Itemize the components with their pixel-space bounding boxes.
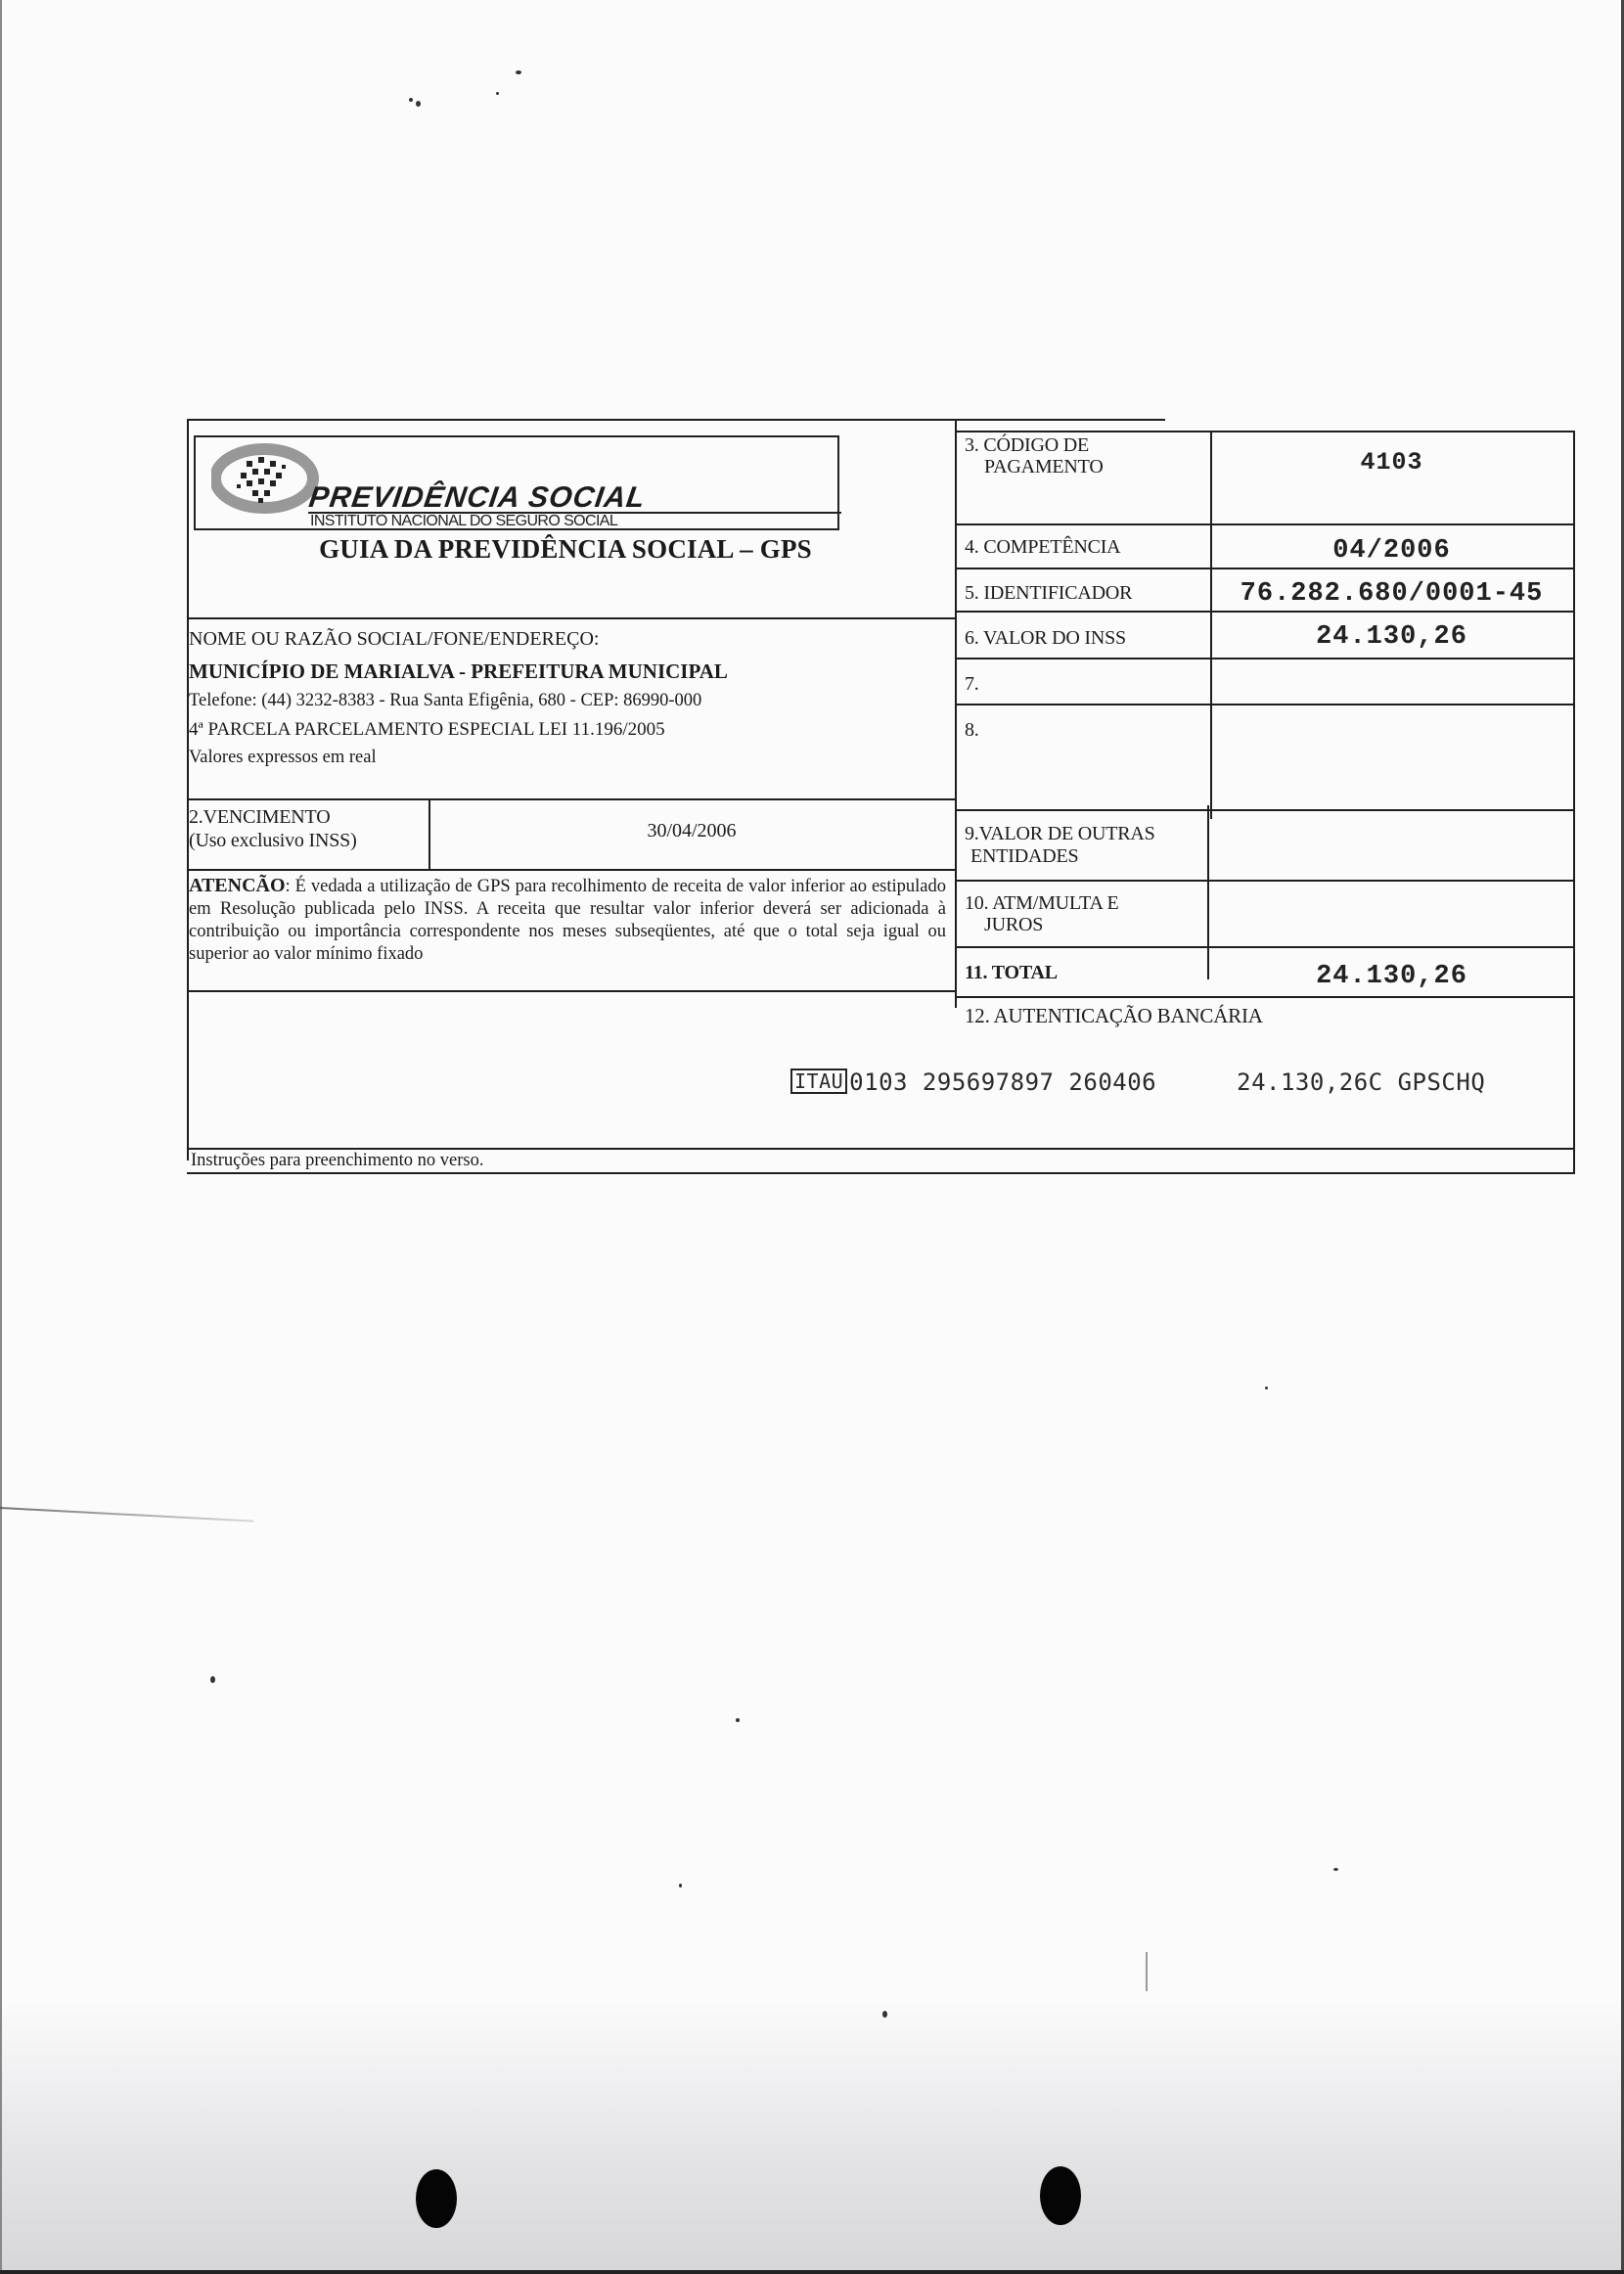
border-left (187, 419, 189, 1160)
auth-type: GPSCHQ (1398, 1069, 1486, 1096)
installment-note: 4ª PARCELA PARCELAMENTO ESPECIAL LEI 11.… (189, 719, 665, 741)
border-footer-top (187, 1148, 1575, 1150)
auth-amount: 24.130,26C (1237, 1069, 1383, 1096)
scan-speck (1333, 1868, 1338, 1871)
identifier-value: 76.282.680/0001-45 (1210, 579, 1573, 609)
scan-speck (679, 1884, 682, 1887)
field-9-sublabel: ENTIDADES (970, 845, 1078, 868)
field-6-label: 6. VALOR DO INSS (965, 627, 1126, 650)
due-date-value: 30/04/2006 (429, 820, 955, 842)
rule-11-12 (955, 996, 1575, 998)
field-9-label: 9.VALOR DE OUTRAS (965, 823, 1155, 845)
scan-speck (516, 70, 521, 74)
rule-7-8 (955, 704, 1575, 705)
field-11-label: 11. TOTAL (965, 962, 1058, 984)
auth-date: 260406 (1068, 1069, 1156, 1096)
field-4-label: 4. COMPETÊNCIA (965, 536, 1120, 559)
rule-10-11 (955, 946, 1575, 948)
field-5-label: 5. IDENTIFICADOR (965, 582, 1132, 605)
scan-speck (882, 2011, 887, 2018)
page-edge-bottom (0, 2270, 1624, 2274)
field-10-label: 10. ATM/MULTA E (965, 892, 1118, 915)
rule-contrib-due (187, 798, 957, 800)
due-label: 2.VENCIMENTO (189, 806, 330, 829)
form-title: GUIA DA PREVIDÊNCIA SOCIAL – GPS (179, 534, 952, 565)
scan-speck (496, 92, 499, 95)
attention-notice: ATENCÃO: É vedada a utilização de GPS pa… (189, 875, 946, 966)
instructions-note: Instruções para preenchimento no verso. (191, 1151, 484, 1171)
field-8-label: 8. (965, 719, 979, 742)
field-3-sublabel: PAGAMENTO (984, 456, 1104, 478)
punch-hole-right (1040, 2166, 1081, 2225)
contributor-label: NOME OU RAZÃO SOCIAL/FONE/ENDEREÇO: (189, 628, 599, 651)
border-top-left (187, 419, 1165, 421)
contributor-contact: Telefone: (44) 3232-8383 - Rua Santa Efi… (189, 691, 701, 711)
rule-5-6 (955, 611, 1575, 613)
border-right (1573, 431, 1575, 1172)
page-edge-left (0, 0, 2, 2274)
currency-note: Valores expressos em real (189, 748, 377, 768)
column-divider (955, 419, 957, 1008)
scan-speck (416, 101, 421, 107)
rule-9-10 (955, 880, 1575, 882)
previdencia-emblem-icon (211, 443, 321, 514)
total-value: 24.130,26 (1210, 962, 1573, 991)
rule-header-contrib (187, 617, 957, 619)
rule-6-7 (955, 658, 1575, 659)
attention-text: : É vedada a utilização de GPS para reco… (189, 877, 946, 964)
bank-authentication-stamp: ITAU0103 295697897 26040624.130,26C GPSC… (790, 1069, 1485, 1096)
scan-speck (210, 1676, 215, 1683)
value-divider-lower (1207, 805, 1209, 979)
scan-speck (1265, 1387, 1268, 1389)
rule-due-attention (187, 869, 957, 871)
inss-value: 24.130,26 (1210, 622, 1573, 652)
competence-value: 04/2006 (1210, 536, 1573, 566)
contributor-name: MUNICÍPIO DE MARIALVA - PREFEITURA MUNIC… (189, 659, 728, 684)
bank-mark: ITAU (790, 1069, 847, 1094)
field-3-label: 3. CÓDIGO DE (965, 434, 1089, 457)
due-sublabel: (Uso exclusivo INSS) (189, 830, 357, 852)
punch-hole-left (416, 2169, 457, 2228)
scan-speck (409, 98, 413, 102)
attention-heading: ATENCÃO (189, 875, 286, 896)
rule-8-9 (955, 809, 1575, 811)
gps-form: PREVIDÊNCIA SOCIAL INSTITUTO NACIONAL DO… (179, 419, 1575, 1172)
scan-speck (736, 1718, 740, 1722)
payment-code-value: 4103 (1210, 448, 1573, 477)
stray-line (0, 1507, 254, 1523)
auth-sequence: 295697897 (923, 1069, 1055, 1096)
logo-box: PREVIDÊNCIA SOCIAL INSTITUTO NACIONAL DO… (194, 435, 839, 530)
brand-name: PREVIDÊNCIA SOCIAL (307, 481, 648, 515)
field-10-sublabel: JUROS (984, 914, 1043, 936)
border-top-right (955, 431, 1575, 432)
scan-speck (1146, 1952, 1148, 1991)
brand-subtitle: INSTITUTO NACIONAL DO SEGURO SOCIAL (310, 513, 617, 530)
auth-agency: 0103 (849, 1069, 908, 1096)
field-7-label: 7. (965, 673, 979, 696)
rule-4-5 (955, 568, 1575, 569)
rule-3-4 (955, 523, 1575, 525)
rule-attention-auth (187, 990, 957, 992)
field-12-label: 12. AUTENTICAÇÃO BANCÁRIA (965, 1004, 1263, 1028)
border-bottom (187, 1172, 1575, 1174)
